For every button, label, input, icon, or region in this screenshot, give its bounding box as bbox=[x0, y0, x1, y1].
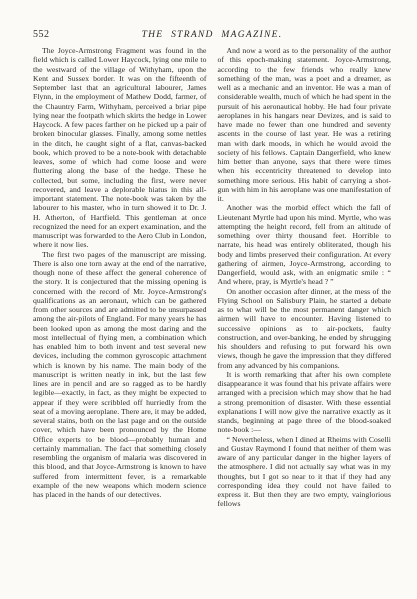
magazine-title: THE STRAND MAGAZINE. bbox=[75, 30, 349, 40]
paragraph-left-1: The Joyce-Armstrong Fragment was found i… bbox=[33, 46, 207, 250]
text-columns: The Joyce-Armstrong Fragment was found i… bbox=[0, 40, 417, 509]
right-column: And now a word as to the personality of … bbox=[218, 46, 392, 509]
left-column: The Joyce-Armstrong Fragment was found i… bbox=[33, 46, 207, 509]
paragraph-left-2: The first two pages of the manuscript ar… bbox=[33, 250, 207, 500]
page-header: 552 THE STRAND MAGAZINE. bbox=[0, 0, 417, 40]
paragraph-right-3: On another occasion after dinner, at the… bbox=[218, 287, 392, 370]
magazine-page: 552 THE STRAND MAGAZINE. The Joyce-Armst… bbox=[0, 0, 417, 599]
paragraph-right-4: It is worth remarking that after his own… bbox=[218, 370, 392, 435]
paragraph-right-5: “ Nevertheless, when I dined at Rheims w… bbox=[218, 435, 392, 509]
paragraph-right-2: Another was the morbid effect which the … bbox=[218, 203, 392, 286]
page-number: 552 bbox=[33, 29, 75, 40]
paragraph-right-1: And now a word as to the personality of … bbox=[218, 46, 392, 203]
